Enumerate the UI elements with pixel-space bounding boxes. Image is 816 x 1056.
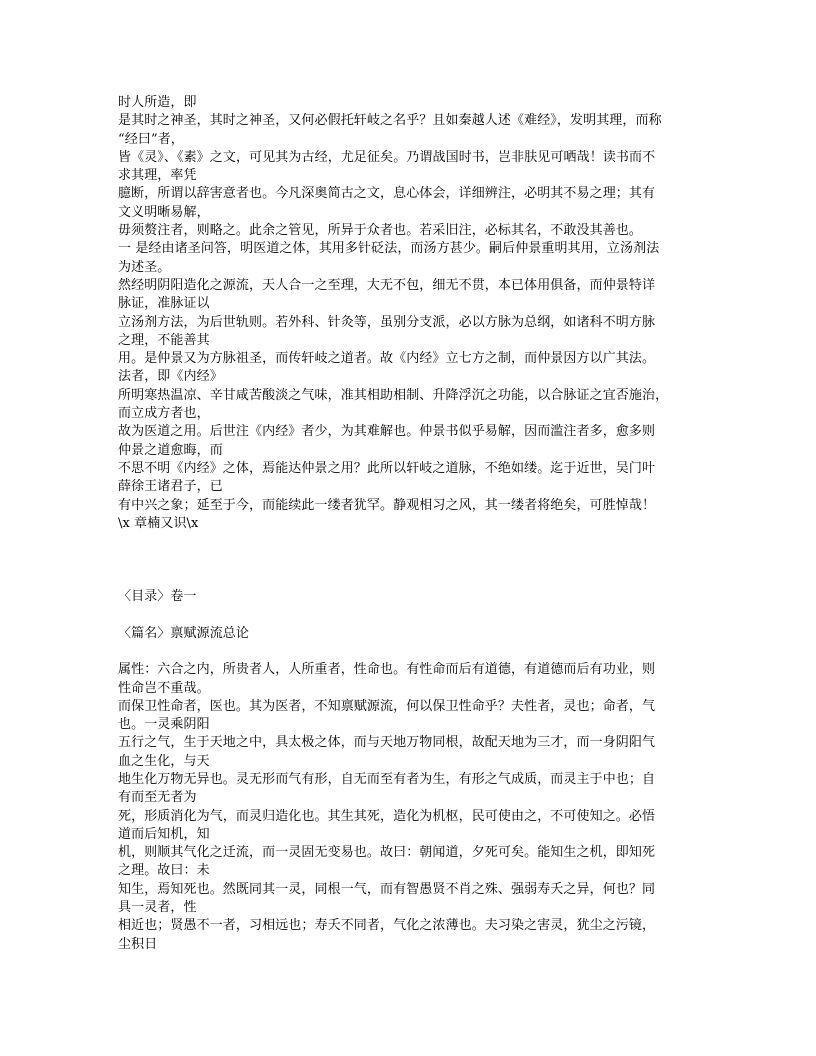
text-body: 时人所造，即是其时之神圣，其时之神圣，又何必假托轩岐之名乎？且如秦越人述《难经》… <box>118 94 712 954</box>
text-line <box>118 533 712 551</box>
text-line: 〈篇名〉禀赋源流总论 <box>118 625 712 643</box>
text-line: 知生，焉知死也。然既同其一灵，同根一气，而有智愚贤不肖之殊、强弱寿夭之异，何也？… <box>118 881 712 899</box>
document-page: 时人所造，即是其时之神圣，其时之神圣，又何必假托轩岐之名乎？且如秦越人述《难经》… <box>0 0 816 1056</box>
text-line: 不思不明《内经》之体，焉能达仲景之用？此所以轩岐之道脉，不绝如缕。迄于近世，吴门… <box>118 460 712 478</box>
text-line: 具一灵者，性 <box>118 899 712 917</box>
text-line: 毋须赘注者，则略之。此余之管见，所异于众者也。若采旧注，必标其名，不敢没其善也。 <box>118 222 712 240</box>
text-line: 立汤剂方法，为后世轨则。若外科、针灸等，虽别分支派，必以方脉为总纲，如诸科不明方… <box>118 314 712 332</box>
text-line <box>118 643 712 661</box>
text-line: “经曰”者， <box>118 131 712 149</box>
text-line: 一 是经由诸圣问答，明医道之体，其用多针砭法，而汤方甚少。嗣后仲景重明其用，立汤… <box>118 240 712 258</box>
text-line: 之理，不能善其 <box>118 332 712 350</box>
text-line: 之理。故曰：未 <box>118 862 712 880</box>
text-line: 相近也；贤愚不一者，习相远也；寿夭不同者，气化之浓薄也。夫习染之害灵，犹尘之污镜… <box>118 917 712 935</box>
text-line: 用。是仲景又为方脉祖圣，而传轩岐之道者。故《内经》立七方之制，而仲景因方以广其法… <box>118 350 712 368</box>
text-line: 文义明晰易解， <box>118 204 712 222</box>
text-line: 而保卫性命者，医也。其为医者，不知禀赋源流，何以保卫性命乎？夫性者，灵也；命者，… <box>118 698 712 716</box>
text-line <box>118 606 712 624</box>
text-line: 性命岂不重哉。 <box>118 680 712 698</box>
text-line <box>118 570 712 588</box>
text-line: 机，则顺其气化之迁流，而一灵固无变易也。故曰：朝闻道，夕死可矣。能知生之机，即知… <box>118 844 712 862</box>
text-line: \x 章楠又识\x <box>118 515 712 533</box>
text-line: 所明寒热温凉、辛甘咸苦酸淡之气味，准其相助相制、升降浮沉之功能，以合脉证之宜否施… <box>118 387 712 405</box>
text-line: 皆《灵》、《素》之文，可见其为古经，尤足征矣。乃谓战国时书，岂非肤见可哂哉！读书… <box>118 149 712 167</box>
text-line: 属性：六合之内，所贵者人，人所重者，性命也。有性命而后有道德，有道德而后有功业，… <box>118 661 712 679</box>
text-line: 时人所造，即 <box>118 94 712 112</box>
text-line: 有而至无者为 <box>118 789 712 807</box>
text-line: 道而后知机，知 <box>118 826 712 844</box>
text-line: 求其理，率凭 <box>118 167 712 185</box>
text-line: 为述圣。 <box>118 259 712 277</box>
text-line: 五行之气，生于天地之中，具太极之体，而与天地万物同根，故配天地为三才，而一身阴阳… <box>118 734 712 752</box>
text-line: 脉证，准脉证以 <box>118 295 712 313</box>
text-line: 有中兴之象；延至于今，而能续此一缕者犹罕。静观相习之风，其一缕者将绝矣，可胜悼哉… <box>118 497 712 515</box>
text-line: 臆断，所谓以辞害意者也。今凡深奥简古之文，息心体会，详细辨注，必明其不易之理；其… <box>118 185 712 203</box>
text-line: 尘积日 <box>118 936 712 954</box>
text-line: 〈目录〉卷一 <box>118 588 712 606</box>
text-line: 也。一灵乘阴阳 <box>118 716 712 734</box>
text-line: 薛徐王诸君子，已 <box>118 478 712 496</box>
text-line: 地生化万物无异也。灵无形而气有形，自无而至有者为生，有形之气成质，而灵主于中也；… <box>118 771 712 789</box>
text-line: 然经明阴阳造化之源流，天人合一之至理，大无不包，细无不贯，本已体用俱备，而仲景特… <box>118 277 712 295</box>
text-line: 仲景之道愈晦，而 <box>118 442 712 460</box>
text-line: 是其时之神圣，其时之神圣，又何必假托轩岐之名乎？且如秦越人述《难经》，发明其理，… <box>118 112 712 130</box>
text-line: 法者，即《内经》 <box>118 368 712 386</box>
text-line: 血之生化，与天 <box>118 753 712 771</box>
text-line: 而立成方者也， <box>118 405 712 423</box>
text-line <box>118 551 712 569</box>
text-line: 故为医道之用。后世注《内经》者少，为其难解也。仲景书似乎易解，因而滥注者多，愈多… <box>118 423 712 441</box>
text-line: 死，形质消化为气，而灵归造化也。其生其死，造化为机枢，民可使由之，不可使知之。必… <box>118 808 712 826</box>
